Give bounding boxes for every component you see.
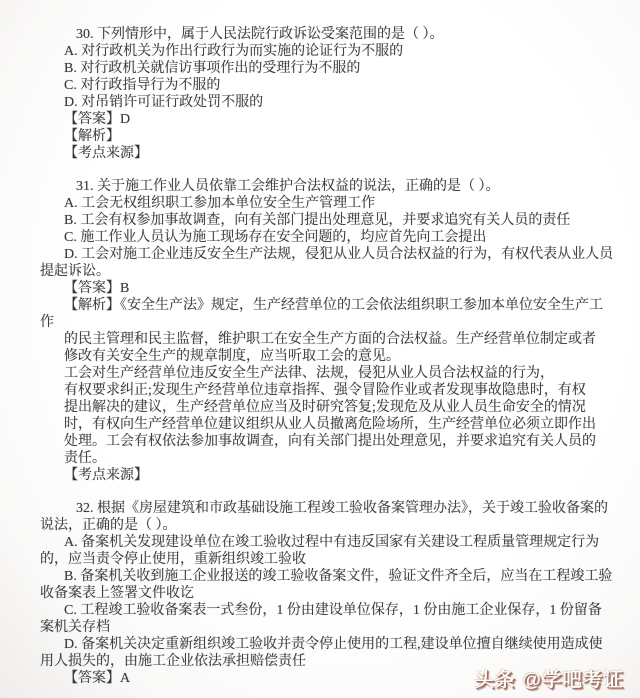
question-31-option-d: D. 工会对施工企业违反安全生产法规，侵犯从业人员合法权益的行为，有权代表从业人… [40, 246, 598, 263]
question-31-option-c: C. 施工作业人员认为施工现场存在安全问题的，均应首先向工会提出 [40, 229, 598, 246]
question-32-option-a-wrap: 的，应当责令停止使用，重新组织竣工验收 [40, 551, 598, 568]
question-31-analysis-line-5: 有权要求纠正;发现生产经营单位违章指挥、强令冒险作业或者发现事故隐患时，有权 [40, 382, 598, 399]
question-31-analysis-line-9: 责任。 [40, 450, 598, 467]
question-31-analysis-line-2: 的民主管理和民主监督，维护职工在安全生产方面的合法权益。生产经营单位制定或者 [40, 331, 598, 348]
question-31-analysis-line-6: 提出解决的建议，生产经营单位应当及时研究答复;发现危及从业人员生命安全的情况 [40, 399, 598, 416]
question-31-analysis-line-7: 时，有权向生产经营单位建议组织从业人员撤离危险场所，生产经营单位必须立即作出 [40, 416, 598, 433]
question-32-stem-wrap: 说法，正确的是（ ）。 [40, 517, 598, 534]
question-30-option-b: B. 对行政机关就信访事项作出的受理行为不服的 [40, 60, 598, 77]
question-block-31: 31. 关于施工作业人员依靠工会维护合法权益的说法，正确的是（ ）。 A. 工会… [40, 178, 598, 484]
question-31-option-d-wrap: 提起诉讼。 [40, 263, 598, 280]
question-31-stem: 31. 关于施工作业人员依靠工会维护合法权益的说法，正确的是（ ）。 [40, 178, 598, 195]
question-32-option-c-wrap: 案机关存档 [40, 619, 598, 636]
question-30-stem: 30. 下列情形中，属于人民法院行政诉讼受案范围的是（ ）。 [40, 26, 598, 43]
question-31-option-b: B. 工会有权参加事故调查，向有关部门提出处理意见，并要求追究有关人员的责任 [40, 212, 598, 229]
question-31-source: 【考点来源】 [40, 467, 598, 484]
watermark: 头条 @学吧考证 [475, 672, 624, 689]
question-block-30: 30. 下列情形中，属于人民法院行政诉讼受案范围的是（ ）。 A. 对行政机关为… [40, 26, 598, 162]
question-30-source: 【考点来源】 [40, 145, 598, 162]
question-32-option-a: A. 备案机关发现建设单位在竣工验收过程中有违反国家有关建设工程质量管理规定行为 [40, 534, 598, 551]
question-32-option-b-wrap: 收备案表上签署文件收讫 [40, 585, 598, 602]
question-32-option-c: C. 工程竣工验收备案表一式叁份，1 份由建设单位保存，1 份由施工企业保存，1… [40, 602, 598, 619]
question-32-stem: 32. 根据《房屋建筑和市政基础设施工程竣工验收备案管理办法》，关于竣工验收备案… [40, 500, 598, 517]
question-30-option-a: A. 对行政机关为作出行政行为而实施的论证行为不服的 [40, 43, 598, 60]
question-30-answer: 【答案】D [40, 111, 598, 128]
question-30-analysis: 【解析】 [40, 128, 598, 145]
question-31-answer: 【答案】B [40, 280, 598, 297]
question-32-option-d-wrap: 用人损失的，由施工企业依法承担赔偿责任 [40, 653, 598, 670]
document-page: 30. 下列情形中，属于人民法院行政诉讼受案范围的是（ ）。 A. 对行政机关为… [0, 0, 640, 698]
question-31-analysis-wrap: 作 [40, 314, 598, 331]
question-31-analysis-line-1: 【解析】《安全生产法》规定，生产经营单位的工会依法组织职工参加本单位安全生产工 [40, 297, 598, 314]
question-31-analysis-line-4: 工会对生产经营单位违反安全生产法律、法规，侵犯从业人员合法权益的行为， [40, 365, 598, 382]
question-31-option-a: A. 工会无权组织职工参加本单位安全生产管理工作 [40, 195, 598, 212]
question-31-analysis-line-3: 修改有关安全生产的规章制度，应当听取工会的意见。 [40, 348, 598, 365]
question-30-option-c: C. 对行政指导行为不服的 [40, 77, 598, 94]
question-block-32: 32. 根据《房屋建筑和市政基础设施工程竣工验收备案管理办法》，关于竣工验收备案… [40, 500, 598, 687]
question-30-option-d: D. 对吊销许可证行政处罚不服的 [40, 94, 598, 111]
question-32-option-b: B. 备案机关收到施工企业报送的竣工验收备案文件，验证文件齐全后，应当在工程竣工… [40, 568, 598, 585]
question-32-option-d: D. 备案机关决定重新组织竣工验收并责令停止使用的工程,建设单位擅自继续使用造成… [40, 636, 598, 653]
question-31-analysis-line-8: 处理。工会有权依法参加事故调查，向有关部门提出处理意见，并要求追究有关人员的 [40, 433, 598, 450]
